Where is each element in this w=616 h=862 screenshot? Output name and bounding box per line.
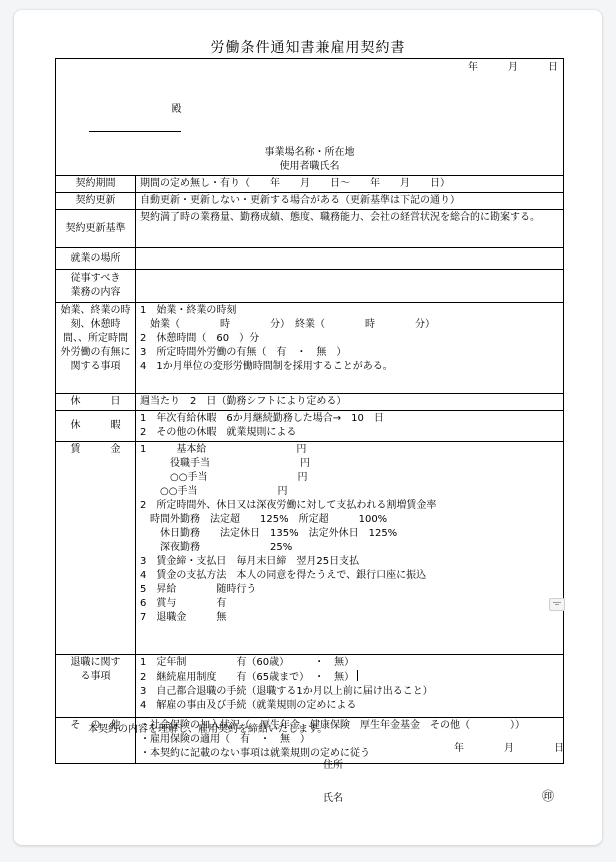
row-label[interactable]: 契約期間 <box>56 176 136 192</box>
row-content[interactable]: 期間の定め無し・有り（ 年 月 日～ 年 月 日） <box>136 176 563 192</box>
row-label[interactable]: 始業、終業の時 刻、休憩時 間、、所定時間 外労働の有無に 関する事項 <box>56 303 136 393</box>
content-line: 役職手当 円 <box>140 457 563 471</box>
content-line: 休日勤務 法定休日 135% 法定外休日 125% <box>140 527 563 541</box>
footer-date-line[interactable]: 年 月 日 <box>454 739 564 754</box>
table-row: 休 暇 1 年次有給休暇 6か月継続勤務した場合→ 10 日2 その他の休暇 就… <box>56 410 563 441</box>
employer-line[interactable]: 使用者職氏名 <box>56 160 563 174</box>
content-line: 4 解雇の事由及び手続（就業規則の定めによる <box>140 699 563 713</box>
table-rows: 契約期間 期間の定め無し・有り（ 年 月 日～ 年 月 日） 契約更新 自動更新… <box>56 176 563 763</box>
table-row: 契約更新 自動更新・更新しない・更新する場合がある（更新基準は下記の通り） <box>56 192 563 209</box>
table-row: 休 日 週当たり 2 日（勤務シフトにより定める） <box>56 393 563 410</box>
table-grid-icon[interactable] <box>549 598 565 611</box>
row-content[interactable]: 1 始業・終業の時刻 始業（ 時 分） 終業（ 時 分）2 休憩時間（ 60 ）… <box>136 303 563 393</box>
name-label[interactable]: 氏名 <box>323 789 343 804</box>
row-content[interactable]: 1 基本給 円 役職手当 円 ○○手当 円 ○○手当 円2 所定時間外、休日又は… <box>136 442 563 654</box>
row-content[interactable] <box>136 248 563 269</box>
row-label[interactable]: 賃 金 <box>56 442 136 654</box>
row-content[interactable] <box>136 270 563 302</box>
row-label[interactable]: 退職に関す る事項 <box>56 655 136 717</box>
page-title[interactable]: 労働条件通知書兼雇用契約書 <box>14 37 602 57</box>
workplace-line[interactable]: 事業場名称・所在地 <box>56 146 563 160</box>
row-content[interactable]: 週当たり 2 日（勤務シフトにより定める） <box>136 394 563 410</box>
addressee-line[interactable]: 殿 <box>56 75 563 146</box>
row-content[interactable]: 自動更新・更新しない・更新する場合がある（更新基準は下記の通り） <box>136 193 563 209</box>
content-line: 1 基本給 円 <box>140 443 563 457</box>
content-line: 5 昇給 随時行う <box>140 583 563 597</box>
content-line: 2 所定時間外、休日又は深夜労働に対して支払われる割増賃金率 <box>140 499 563 513</box>
table-row: 契約期間 期間の定め無し・有り（ 年 月 日～ 年 月 日） <box>56 176 563 192</box>
content-line: 期間の定め無し・有り（ 年 月 日～ 年 月 日） <box>140 177 563 191</box>
content-line: 深夜勤務 25% <box>140 541 563 555</box>
contract-table: 年 月 日 殿 事業場名称・所在地 使用者職氏名 契約期間 期間の定め無し・有り… <box>55 58 564 764</box>
content-line <box>140 374 563 388</box>
row-content[interactable]: 1 年次有給休暇 6か月継続勤務した場合→ 10 日2 その他の休暇 就業規則に… <box>136 411 563 441</box>
content-line: 7 退職金 無 <box>140 611 563 625</box>
table-row: 賃 金 1 基本給 円 役職手当 円 ○○手当 円 ○○手当 円2 所定時間外、… <box>56 441 563 654</box>
content-line: 6 賞与 有 <box>140 597 563 611</box>
content-line: 週当たり 2 日（勤務シフトにより定める） <box>140 395 563 409</box>
row-label[interactable]: 契約更新 <box>56 193 136 209</box>
row-content[interactable]: 契約満了時の業務量、勤務成績、態度、職務能力、会社の経営状況を総合的に勘案する。 <box>136 210 563 247</box>
row-label[interactable]: 従事すべき 業務の内容 <box>56 270 136 302</box>
row-label[interactable]: 休 暇 <box>56 411 136 441</box>
content-line: 2 その他の休暇 就業規則による <box>140 426 563 440</box>
content-line: 1 定年制 有（60歳） ・ 無） <box>140 656 563 670</box>
content-line: 時間外勤務 法定超 125% 所定超 100% <box>140 513 563 527</box>
row-label[interactable]: 就業の場所 <box>56 248 136 269</box>
content-line: 3 自己都合退職の手続（退職する1か月以上前に届け出ること） <box>140 685 563 699</box>
table-row: 就業の場所 <box>56 247 563 269</box>
content-line: 2 継続雇用制度 有（65歳まで） ・ 無） <box>140 670 563 685</box>
content-line: 2 休憩時間（ 60 ）分 <box>140 332 563 346</box>
content-line <box>140 271 563 285</box>
content-line: 4 賃金の支払方法 本人の同意を得たうえで、銀行口座に振込 <box>140 569 563 583</box>
document-page: 労働条件通知書兼雇用契約書 年 月 日 殿 事業場名称・所在地 使用者職氏名 契… <box>14 10 602 845</box>
table-header[interactable]: 年 月 日 殿 事業場名称・所在地 使用者職氏名 <box>56 59 563 176</box>
content-line: 3 所定時間外労働の有無（ 有 ・ 無 ） <box>140 346 563 360</box>
name-blank-underline[interactable]: 殿 <box>89 89 181 132</box>
content-line: ○○手当 円 <box>140 471 563 485</box>
content-line: ○○手当 円 <box>140 485 563 499</box>
content-line: 4 1か月単位の変形労働時間制を採用することがある。 <box>140 360 563 374</box>
address-label[interactable]: 住所 <box>323 756 343 771</box>
dear-label: 殿 <box>171 104 181 115</box>
table-row: 退職に関す る事項 1 定年制 有（60歳） ・ 無）2 継続雇用制度 有（65… <box>56 654 563 717</box>
content-line <box>140 625 563 639</box>
content-line <box>140 639 563 653</box>
content-line: 3 賃金締・支払日 毎月末日締 翌月25日支払 <box>140 555 563 569</box>
table-row: 始業、終業の時 刻、休憩時 間、、所定時間 外労働の有無に 関する事項 1 始業… <box>56 302 563 393</box>
content-line: 自動更新・更新しない・更新する場合がある（更新基準は下記の通り） <box>140 194 563 208</box>
content-line: 始業（ 時 分） 終業（ 時 分） <box>140 318 563 332</box>
row-label[interactable]: 休 日 <box>56 394 136 410</box>
table-row: 従事すべき 業務の内容 <box>56 269 563 302</box>
agreement-statement[interactable]: 本契約の内容を理解し、雇用契約を締結いたします。 <box>88 720 327 735</box>
content-line <box>140 249 563 263</box>
table-row: 契約更新基準 契約満了時の業務量、勤務成績、態度、職務能力、会社の経営状況を総合… <box>56 209 563 247</box>
row-content[interactable]: 1 定年制 有（60歳） ・ 無）2 継続雇用制度 有（65歳まで） ・ 無）3… <box>136 655 563 717</box>
row-label[interactable]: 契約更新基準 <box>56 210 136 247</box>
content-line: 1 年次有給休暇 6か月継続勤務した場合→ 10 日 <box>140 412 563 426</box>
seal-mark: ㊞ <box>542 787 554 804</box>
header-date-line[interactable]: 年 月 日 <box>56 61 563 75</box>
text-cursor <box>357 670 358 681</box>
content-line: 契約満了時の業務量、勤務成績、態度、職務能力、会社の経営状況を総合的に勘案する。 <box>140 211 563 225</box>
content-line: 1 始業・終業の時刻 <box>140 304 563 318</box>
